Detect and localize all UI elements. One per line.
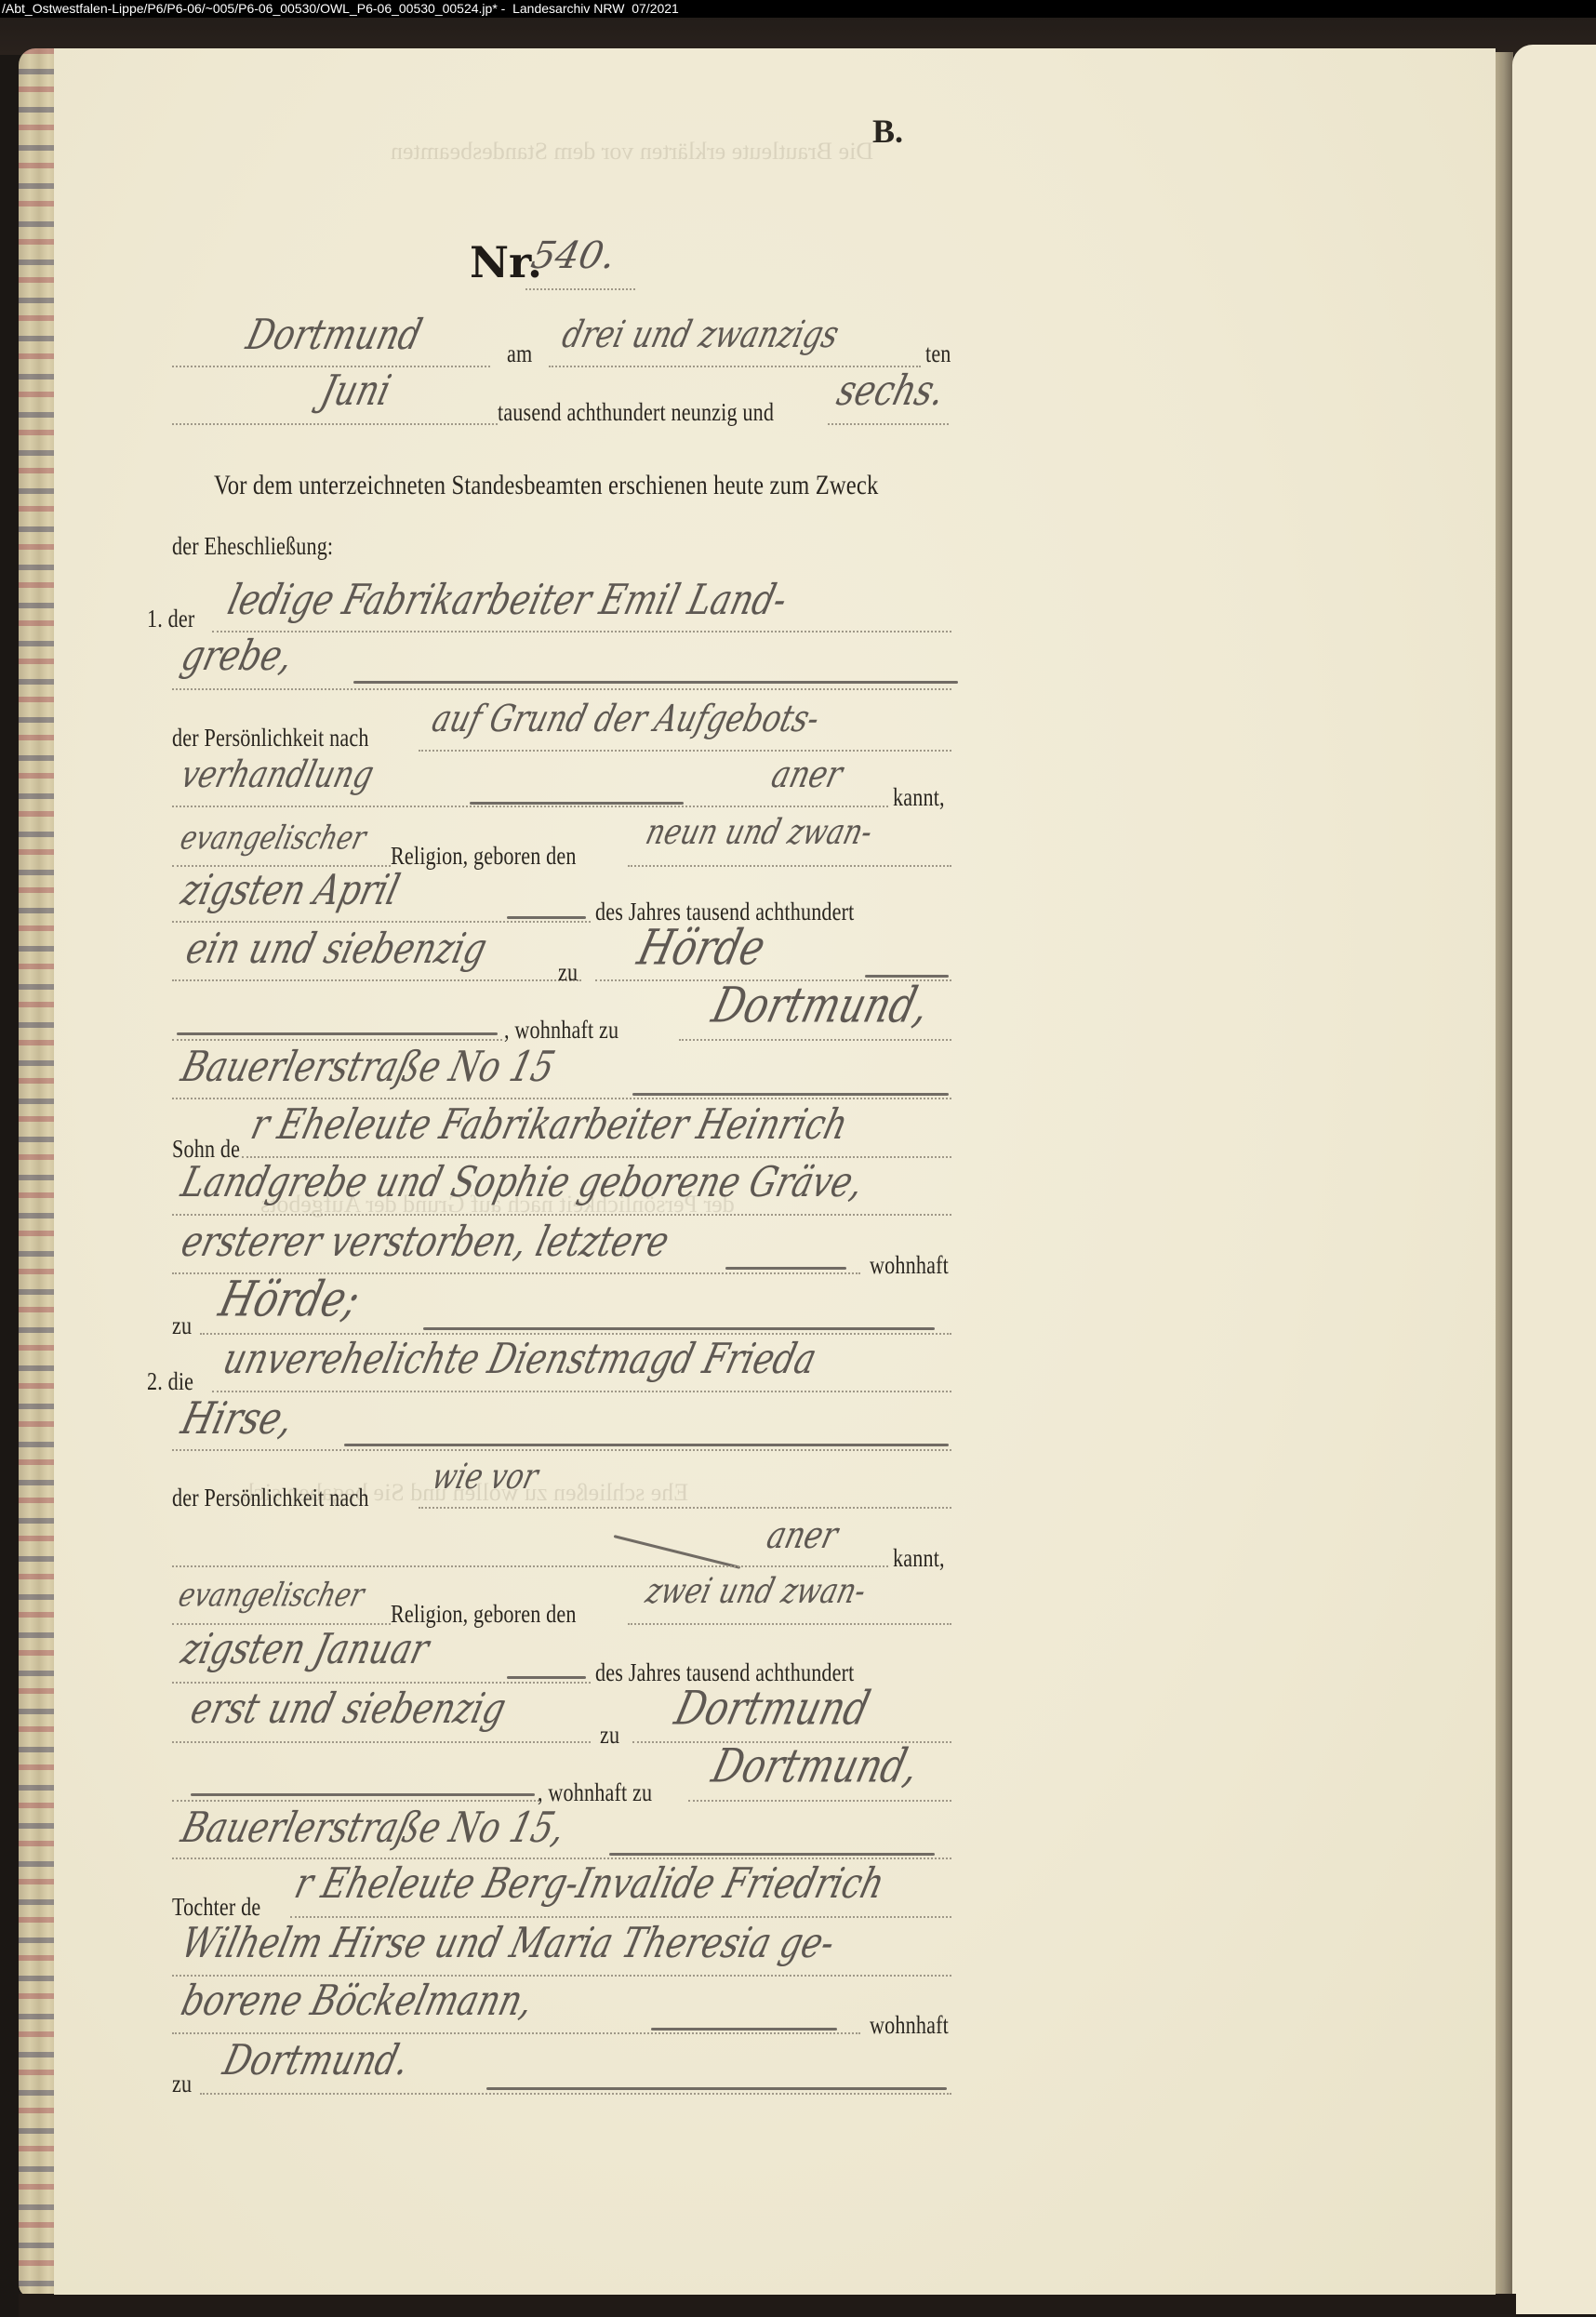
fill-stroke <box>470 802 684 805</box>
fill-stroke <box>507 916 586 919</box>
bride-zu-label: zu <box>600 1721 619 1750</box>
fill-stroke <box>632 1093 949 1096</box>
dotted-line <box>172 1214 951 1216</box>
bride-wohnhaft-label: , wohnhaft zu <box>538 1778 652 1807</box>
bride-identity-label: der Persönlichkeit nach <box>172 1484 369 1512</box>
groom-zu-label: zu <box>558 958 578 987</box>
groom-street: Bauerlerstraße No 15 <box>177 1044 559 1091</box>
groom-parents-3: ersterer verstorben, letztere <box>177 1218 673 1266</box>
fill-stroke <box>507 1676 586 1679</box>
groom-identity-hand-1: auf Grund der Aufgebots- <box>428 697 824 741</box>
bride-birth-day-2: zigsten Januar <box>177 1626 433 1673</box>
groom-parents-residence: Hörde; <box>214 1271 366 1327</box>
bride-parents-residence: Dortmund. <box>219 2037 414 2084</box>
dotted-line <box>172 1565 888 1567</box>
groom-birth-year: ein und siebenzig <box>181 925 491 973</box>
bride-name-line-1: unverehelichte Dienstmagd Frieda <box>219 1336 821 1383</box>
scan-background-bottom <box>19 2294 1516 2317</box>
printed-year-text: tausend achthundert neunzig und <box>498 398 774 427</box>
dotted-line <box>172 1039 502 1041</box>
bride-identity-suffix: aner <box>763 1513 843 1558</box>
dotted-line <box>242 1156 951 1158</box>
dotted-line <box>200 1333 951 1335</box>
bride-residence: Dortmund, <box>707 1740 924 1794</box>
bride-birth-day-1: zwei und zwan- <box>642 1571 871 1612</box>
dotted-line <box>419 1507 951 1509</box>
bride-number-label: 2. die <box>147 1367 193 1396</box>
dotted-line <box>290 1916 951 1918</box>
record-number: 540. <box>527 234 619 277</box>
fill-stroke <box>651 2028 837 2031</box>
groom-religion-label: Religion, geboren den <box>391 842 577 871</box>
dotted-line <box>628 1623 951 1625</box>
fill-stroke <box>177 1032 498 1035</box>
dotted-line <box>525 288 635 290</box>
dotted-line <box>679 1039 951 1041</box>
dotted-line <box>172 423 498 425</box>
bride-religion: evangelischer <box>175 1576 368 1614</box>
groom-birth-day-2: zigsten April <box>177 867 404 914</box>
intro-line-2: der Eheschließung: <box>172 532 333 561</box>
groom-identity-suffix: aner <box>767 752 847 797</box>
bride-birth-place: Dortmund <box>670 1683 875 1737</box>
printed-am: am <box>507 340 532 368</box>
dotted-line <box>172 921 591 923</box>
groom-birth-place: Hörde <box>632 919 771 976</box>
fill-stroke <box>609 1853 935 1856</box>
bride-tochter-label: Tochter de <box>172 1893 260 1922</box>
groom-parents-wohnhaft-label: wohnhaft <box>870 1251 949 1280</box>
section-letter: B. <box>872 112 903 151</box>
bride-birth-year: erst und siebenzig <box>186 1685 511 1733</box>
bride-religion-label: Religion, geboren den <box>391 1600 577 1629</box>
groom-name-line-2: grebe, <box>177 633 298 680</box>
dotted-line <box>172 2032 860 2034</box>
fill-stroke <box>353 681 958 684</box>
fill-stroke <box>725 1267 846 1270</box>
groom-wohnhaft-label: , wohnhaft zu <box>504 1016 618 1045</box>
handwritten-place: Dortmund <box>242 312 427 359</box>
groom-identity-hand-2: verhandlung <box>177 752 379 797</box>
book-gutter <box>1495 52 1513 2312</box>
bride-street: Bauerlerstraße No 15, <box>177 1804 570 1852</box>
bride-parents-3: borene Böckelmann, <box>177 1977 538 2025</box>
dotted-line <box>419 750 951 752</box>
dotted-line <box>172 979 581 981</box>
bride-name-line-2: Hirse, <box>177 1392 299 1444</box>
bride-identity-hand-1: wie vor <box>428 1457 542 1498</box>
dotted-line <box>212 631 951 633</box>
fill-stroke <box>486 2087 947 2090</box>
facing-page <box>1512 45 1596 2314</box>
dotted-line <box>172 1800 539 1802</box>
groom-residence: Dortmund, <box>707 977 935 1033</box>
dotted-line <box>172 1623 391 1625</box>
dotted-line <box>172 688 951 690</box>
marbled-page-edges <box>19 48 56 2297</box>
bride-parents-wohnhaft-label: wohnhaft <box>870 2011 949 2040</box>
groom-parents-1: r Eheleute Fabrikarbeiter Heinrich <box>246 1101 852 1149</box>
viewer-path-bar: /Abt_Ostwestfalen-Lippe/P6/P6-06/~005/P6… <box>0 0 1596 18</box>
groom-birth-day-1: neun und zwan- <box>642 812 876 853</box>
bride-parents-2: Wilhelm Hirse und Maria Theresia ge- <box>177 1920 839 1967</box>
groom-number-label: 1. der <box>147 605 194 633</box>
dotted-line <box>200 2093 951 2095</box>
fill-stroke <box>423 1327 935 1330</box>
dotted-line <box>172 1975 951 1977</box>
dotted-line <box>828 423 949 425</box>
dotted-line <box>172 1449 951 1451</box>
groom-kannt-label: kannt, <box>893 783 945 812</box>
dotted-line <box>172 806 888 807</box>
handwritten-year: sechs. <box>832 367 950 415</box>
dotted-line <box>172 1858 951 1859</box>
fill-stroke <box>344 1444 949 1446</box>
bride-kannt-label: kannt, <box>893 1544 945 1573</box>
groom-parents-2: Landgrebe und Sophie geborene Gräve, <box>177 1159 868 1206</box>
handwritten-month: Juni <box>316 367 395 415</box>
dotted-line <box>212 1391 951 1392</box>
bride-parents-1: r Eheleute Berg-Invalide Friedrich <box>290 1860 889 1908</box>
groom-parents-zu-label: zu <box>172 1312 192 1340</box>
groom-name-line-1: ledige Fabrikarbeiter Emil Land- <box>223 577 791 624</box>
bleed-through-text: Die Brautleute erklärten vor dem Standes… <box>391 138 873 166</box>
groom-identity-label: der Persönlichkeit nach <box>172 724 369 752</box>
fill-stroke <box>191 1793 535 1796</box>
groom-religion: evangelischer <box>177 819 370 857</box>
dotted-line <box>688 1800 951 1802</box>
dotted-line <box>172 1682 591 1684</box>
dotted-line <box>628 865 951 867</box>
intro-line-1: Vor dem unterzeichneten Standesbeamten e… <box>214 470 878 501</box>
handwritten-day: drei und zwanzigs <box>558 313 844 357</box>
dotted-line <box>172 1741 591 1743</box>
dotted-line <box>172 1098 951 1099</box>
printed-ten: ten <box>925 340 951 368</box>
bride-parents-zu-label: zu <box>172 2070 192 2098</box>
